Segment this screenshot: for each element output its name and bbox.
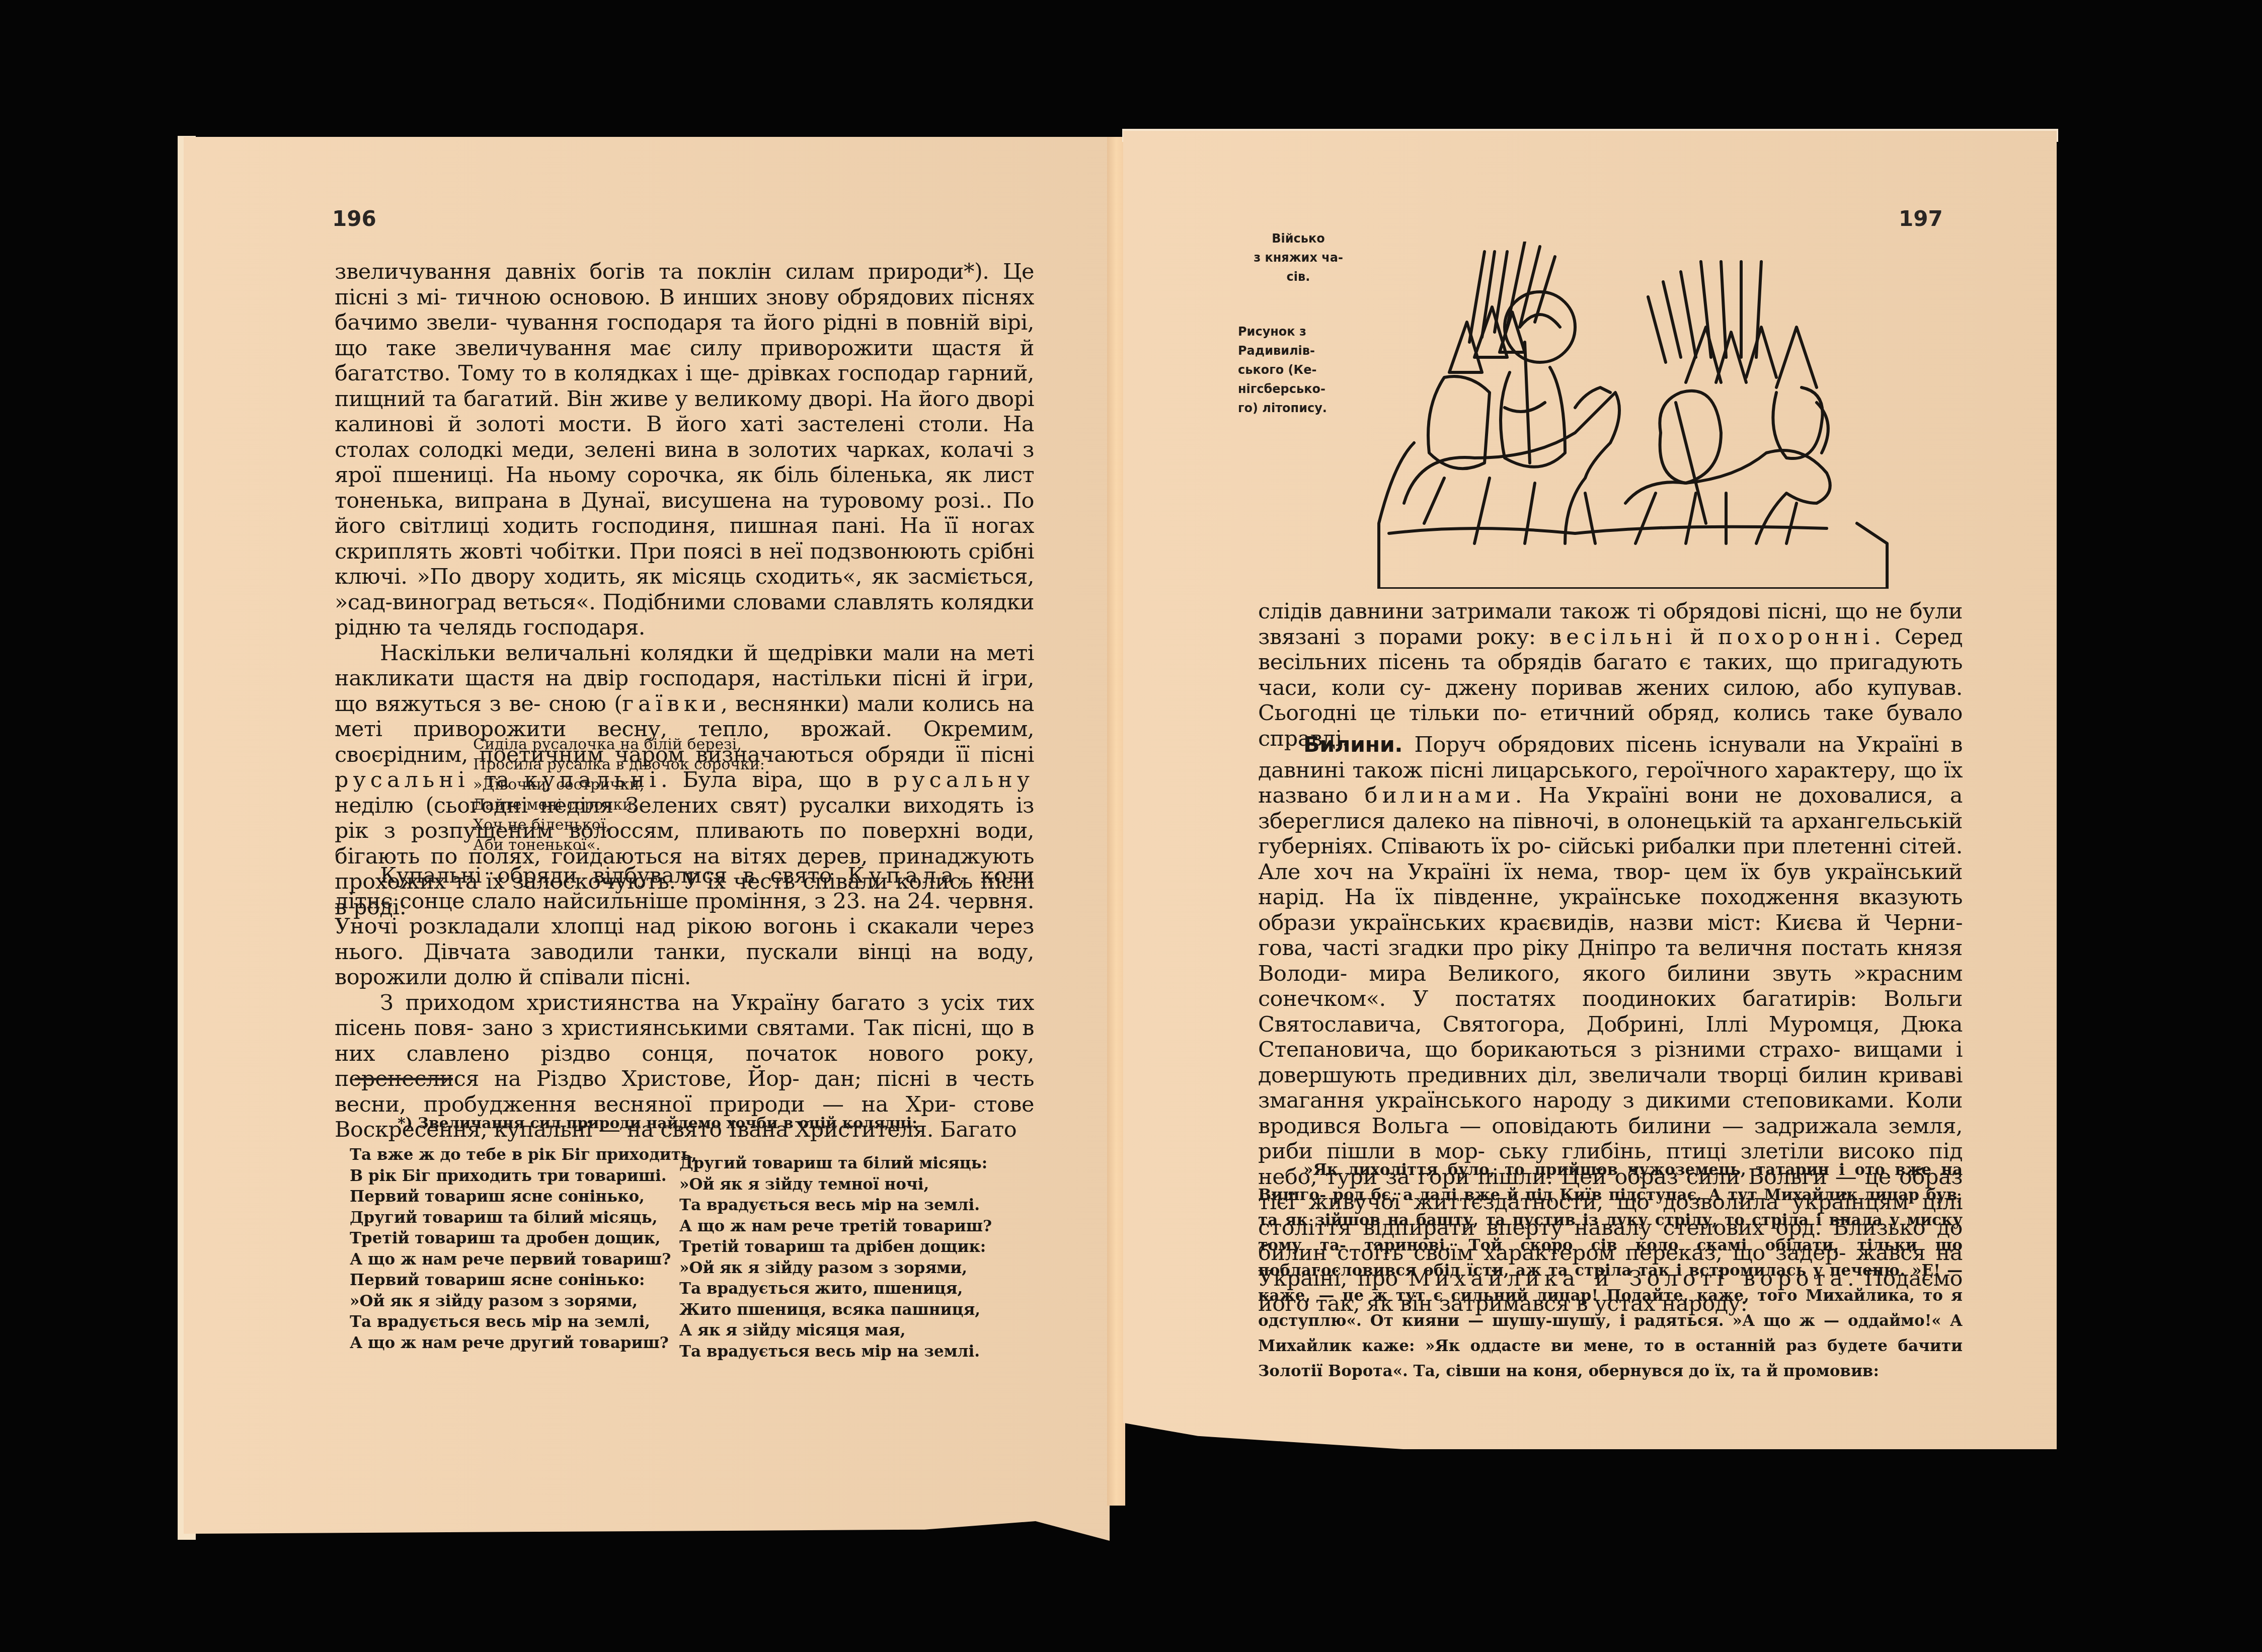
poem-line: Дайте мені сорочки, (473, 795, 765, 815)
poem-line: Другий товариш та білий місяць, (350, 1208, 697, 1229)
rusalka-poem: Сиділа русалочка на білій березі, Просил… (473, 735, 765, 855)
poem-line: Просила русалка в дівочок сорочки: (473, 755, 765, 775)
quote-text: »Як лихоліття було, то прийшов чужоземец… (1258, 1157, 1963, 1384)
poem-line: А як я зійду місяця мая, (679, 1320, 992, 1342)
caption-line: сів. (1253, 267, 1344, 286)
poem-line: Та вже ж до тебе в рік Біг приходить, (350, 1145, 697, 1166)
poem-line: Та врадується весь мір на землі. (679, 1342, 992, 1363)
footnote-poem-right: Другий товариш та білий місяць: »Ой як я… (679, 1153, 992, 1362)
poem-line: Третій товариш та дрібен дощик: (679, 1237, 992, 1258)
footnote-intro: *) Звеличання сил природи найдемо хочби … (398, 1115, 917, 1132)
poem-line: Аби тоненької«. (473, 835, 765, 855)
mykhailyk-legend-quote: »Як лихоліття було, то прийшов чужоземец… (1258, 1157, 1963, 1384)
page-number-right: 197 (1899, 206, 1943, 231)
paragraph: звеличування давніх богів та поклін сила… (335, 259, 1034, 641)
caption-line: Радивилів- (1238, 341, 1339, 360)
poem-line: »Ой як я зійду разом з зорями, (350, 1291, 697, 1312)
caption-line: Військо (1253, 229, 1344, 248)
poem-line: Третій товариш та дробен дощик, (350, 1228, 697, 1249)
poem-line: Другий товариш та білий місяць: (679, 1153, 992, 1174)
illustration-caption-source: Рисунок з Радивилів- ського (Ке- нігсбер… (1238, 322, 1339, 418)
illustration-caption-title: Військо з княжих ча- сів. (1253, 229, 1344, 286)
poem-line: »Ой як я зійду разом з зорями, (679, 1258, 992, 1279)
right-body-text: слідів давнини затримали також ті обрядо… (1258, 599, 1963, 751)
poem-line: Хоч не біленької, (473, 815, 765, 835)
footnote-rule (355, 1078, 453, 1080)
book-spine (1107, 137, 1125, 1506)
poem-line: Первий товариш ясне сонінько, (350, 1187, 697, 1208)
poem-line: Та врадується весь мір на землі, (350, 1312, 697, 1333)
poem-line: А що ж нам рече третій товариш? (679, 1216, 992, 1237)
caption-line: нігсберсько- (1238, 379, 1339, 399)
poem-line: »Дівочки, сестрички, (473, 775, 765, 795)
poem-line: Сиділа русалочка на білій березі, (473, 735, 765, 755)
page-number-left: 196 (332, 206, 376, 231)
left-body-text-2: Купальні обряди відбувалися в свято Купа… (335, 863, 1034, 1143)
poem-line: Та врадується весь мір на землі. (679, 1195, 992, 1216)
poem-line: А що ж нам рече первий товариш? (350, 1249, 697, 1271)
poem-line: Та врадується жито, пшениця, (679, 1279, 992, 1300)
caption-line: го) літопису. (1238, 399, 1339, 418)
paragraph-kupala: Купальні обряди відбувалися в свято Купа… (335, 863, 1034, 990)
cavalry-illustration (1374, 242, 1892, 589)
poem-line: »Ой як я зійду темної ночі, (679, 1174, 992, 1196)
poem-line: В рік Біг приходить три товариші. (350, 1166, 697, 1187)
paragraph-wedding-songs: слідів давнини затримали також ті обрядо… (1258, 599, 1963, 751)
caption-line: Рисунок з (1238, 322, 1339, 341)
poem-line: А що ж нам рече другий товариш? (350, 1333, 697, 1354)
footnote-poem-left: Та вже ж до тебе в рік Біг приходить, В … (350, 1145, 697, 1354)
section-heading-bylyny: Билини. (1303, 732, 1402, 757)
caption-line: ського (Ке- (1238, 360, 1339, 379)
poem-line: Первий товариш ясне сонінько: (350, 1270, 697, 1291)
caption-line: з княжих ча- (1253, 248, 1344, 267)
poem-line: Жито пшениця, всяка пашниця, (679, 1300, 992, 1321)
